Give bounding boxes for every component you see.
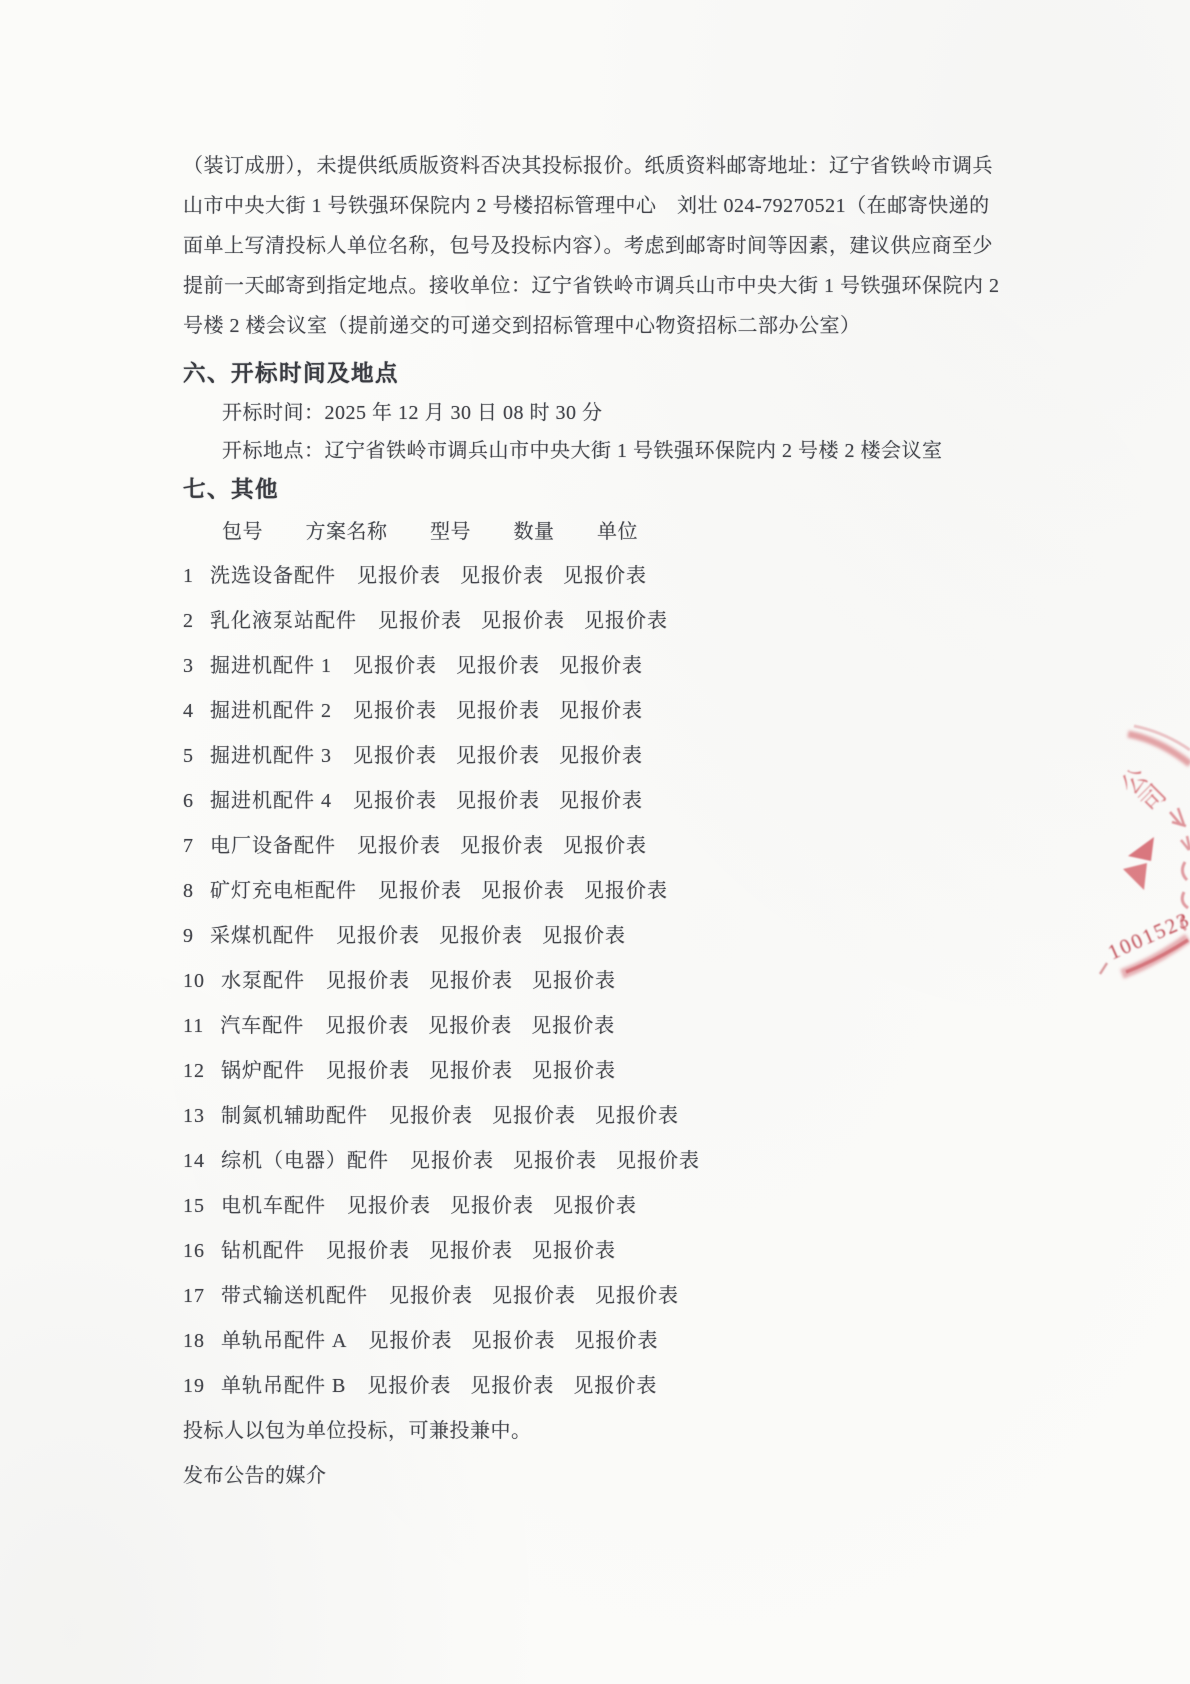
package-row: 5 掘进机配件 3 见报价表 见报价表 见报价表 <box>183 734 943 779</box>
package-row: 18 单轨吊配件 A 见报价表 见报价表 见报价表 <box>183 1319 943 1364</box>
package-cell: 见报价表 <box>584 869 668 914</box>
section-seven-heading: 七、其他 <box>183 470 943 510</box>
package-cell: 见报价表 <box>347 1184 431 1229</box>
package-row: 19 单轨吊配件 B 见报价表 见报价表 见报价表 <box>183 1364 943 1409</box>
package-row: 11 汽车配件 见报价表 见报价表 见报价表 <box>183 1004 943 1049</box>
package-cell: 见报价表 <box>595 1094 679 1139</box>
package-cell: 见报价表 <box>481 599 565 644</box>
package-row: 14 综机（电器）配件 见报价表 见报价表 见报价表 <box>183 1139 943 1184</box>
document-page: （装订成册），未提供纸质版资料否决其投标报价。纸质资料邮寄地址：辽宁省铁岭市调兵… <box>0 0 1190 1684</box>
package-cell: 见报价表 <box>532 959 616 1004</box>
package-name: 矿灯充电柜配件 <box>210 869 357 914</box>
package-cell: 见报价表 <box>357 554 441 599</box>
package-cell: 见报价表 <box>389 1094 473 1139</box>
package-number: 3 <box>183 644 194 689</box>
package-cell: 见报价表 <box>531 1004 615 1049</box>
package-name: 采煤机配件 <box>210 914 315 959</box>
package-cell: 见报价表 <box>428 1004 512 1049</box>
package-name: 汽车配件 <box>220 1004 304 1049</box>
package-cell: 见报价表 <box>563 824 647 869</box>
package-name: 掘进机配件 2 <box>210 689 332 734</box>
svg-text:1001523: 1001523 <box>1104 907 1190 965</box>
package-name: 洗选设备配件 <box>210 554 336 599</box>
package-name: 单轨吊配件 B <box>221 1364 346 1409</box>
package-cell: 见报价表 <box>492 1274 576 1319</box>
package-cell: 见报价表 <box>471 1319 555 1364</box>
package-name: 单轨吊配件 A <box>221 1319 347 1364</box>
package-row: 8 矿灯充电柜配件 见报价表 见报价表 见报价表 <box>183 869 943 914</box>
package-cell: 见报价表 <box>357 824 441 869</box>
package-row: 15 电机车配件 见报价表 见报价表 见报价表 <box>183 1184 943 1229</box>
package-cell: 见报价表 <box>513 1139 597 1184</box>
package-row: 16 钻机配件 见报价表 见报价表 见报价表 <box>183 1229 943 1274</box>
package-cell: 见报价表 <box>410 1139 494 1184</box>
package-name: 电厂设备配件 <box>210 824 336 869</box>
package-number: 19 <box>183 1364 205 1409</box>
package-name: 掘进机配件 4 <box>210 779 332 824</box>
seal-arc-text: 公 司 <box>1117 763 1190 930</box>
package-number: 9 <box>183 914 194 959</box>
package-cell: 见报价表 <box>492 1094 576 1139</box>
package-cell: 见报价表 <box>532 1049 616 1094</box>
package-number: 1 <box>183 554 194 599</box>
package-row: 4 掘进机配件 2 见报价表 见报价表 见报价表 <box>183 689 943 734</box>
package-cell: 见报价表 <box>378 599 462 644</box>
package-cell: 见报价表 <box>378 869 462 914</box>
package-number: 10 <box>183 959 205 1004</box>
package-row: 9 采煤机配件 见报价表 见报价表 见报价表 <box>183 914 943 959</box>
package-name: 掘进机配件 3 <box>210 734 332 779</box>
package-cell: 见报价表 <box>456 644 540 689</box>
package-cell: 见报价表 <box>563 554 647 599</box>
package-name: 乳化液泵站配件 <box>210 599 357 644</box>
package-cell: 见报价表 <box>429 1049 513 1094</box>
package-cell: 见报价表 <box>456 779 540 824</box>
package-cell: 见报价表 <box>460 824 544 869</box>
package-cell: 见报价表 <box>532 1229 616 1274</box>
package-cell: 见报价表 <box>616 1139 700 1184</box>
package-number: 15 <box>183 1184 205 1229</box>
package-cell: 见报价表 <box>389 1274 473 1319</box>
package-cell: 见报价表 <box>573 1364 657 1409</box>
package-cell: 见报价表 <box>456 689 540 734</box>
package-row: 6 掘进机配件 4 见报价表 见报价表 见报价表 <box>183 779 943 824</box>
package-name: 电机车配件 <box>221 1184 326 1229</box>
column-header-scheme-name: 方案名称 <box>306 510 388 554</box>
package-number: 12 <box>183 1049 205 1094</box>
package-number: 16 <box>183 1229 205 1274</box>
package-cell: 见报价表 <box>325 1004 409 1049</box>
intro-line: 号楼 2 楼会议室（提前递交的可递交到招标管理中心物资招标二部办公室） <box>183 306 943 346</box>
package-cell: 见报价表 <box>553 1184 637 1229</box>
intro-line: （装订成册），未提供纸质版资料否决其投标报价。纸质资料邮寄地址：辽宁省铁岭市调兵 <box>183 146 943 186</box>
package-cell: 见报价表 <box>429 1229 513 1274</box>
package-cell: 见报价表 <box>470 1364 554 1409</box>
package-number: 13 <box>183 1094 205 1139</box>
package-row: 7 电厂设备配件 见报价表 见报价表 见报价表 <box>183 824 943 869</box>
package-cell: 见报价表 <box>439 914 523 959</box>
column-header-package-no: 包号 <box>222 510 263 554</box>
column-header-quantity: 数量 <box>514 510 555 554</box>
package-number: 6 <box>183 779 194 824</box>
intro-line: 山市中央大街 1 号铁强环保院内 2 号楼招标管理中心 刘壮 024-79270… <box>183 186 943 226</box>
bidding-note: 投标人以包为单位投标，可兼投兼中。 <box>183 1409 943 1454</box>
column-header-unit: 单位 <box>597 510 638 554</box>
package-cell: 见报价表 <box>353 734 437 779</box>
package-number: 11 <box>183 1004 204 1049</box>
intro-line: 提前一天邮寄到指定地点。接收单位：辽宁省铁岭市调兵山市中央大街 1 号铁强环保院… <box>183 266 943 306</box>
package-cell: 见报价表 <box>559 644 643 689</box>
package-name: 带式输送机配件 <box>221 1274 368 1319</box>
bid-opening-place: 开标地点：辽宁省铁岭市调兵山市中央大街 1 号铁强环保院内 2 号楼 2 楼会议… <box>183 432 943 470</box>
column-header-model: 型号 <box>430 510 471 554</box>
package-number: 14 <box>183 1139 205 1184</box>
package-cell: 见报价表 <box>542 914 626 959</box>
package-number: 18 <box>183 1319 205 1364</box>
package-name: 掘进机配件 1 <box>210 644 332 689</box>
package-name: 锅炉配件 <box>221 1049 305 1094</box>
package-cell: 见报价表 <box>450 1184 534 1229</box>
package-name: 钻机配件 <box>221 1229 305 1274</box>
official-seal-stamp: 公 司 1001523 <box>1020 640 1190 1040</box>
package-cell: 见报价表 <box>353 689 437 734</box>
package-number: 5 <box>183 734 194 779</box>
package-cell: 见报价表 <box>353 644 437 689</box>
package-row: 17 带式输送机配件 见报价表 见报价表 见报价表 <box>183 1274 943 1319</box>
package-row: 10 水泵配件 见报价表 见报价表 见报价表 <box>183 959 943 1004</box>
package-row: 1 洗选设备配件 见报价表 见报价表 见报价表 <box>183 554 943 599</box>
seal-outer-ring-arc <box>1128 726 1190 764</box>
package-name: 综机（电器）配件 <box>221 1139 389 1184</box>
package-cell: 见报价表 <box>559 689 643 734</box>
package-row: 3 掘进机配件 1 见报价表 见报价表 见报价表 <box>183 644 943 689</box>
package-number: 8 <box>183 869 194 914</box>
package-cell: 见报价表 <box>595 1274 679 1319</box>
package-number: 4 <box>183 689 194 734</box>
package-row: 2 乳化液泵站配件 见报价表 见报价表 见报价表 <box>183 599 943 644</box>
package-cell: 见报价表 <box>336 914 420 959</box>
package-cell: 见报价表 <box>326 959 410 1004</box>
package-cell: 见报价表 <box>367 1364 451 1409</box>
package-cell: 见报价表 <box>584 599 668 644</box>
package-cell: 见报价表 <box>559 734 643 779</box>
document-body: （装订成册），未提供纸质版资料否决其投标报价。纸质资料邮寄地址：辽宁省铁岭市调兵… <box>183 146 943 1499</box>
package-row: 12 锅炉配件 见报价表 见报价表 见报价表 <box>183 1049 943 1094</box>
intro-line: 面单上写清投标人单位名称，包号及投标内容）。考虑到邮寄时间等因素，建议供应商至少 <box>183 226 943 266</box>
package-name: 水泵配件 <box>221 959 305 1004</box>
package-cell: 见报价表 <box>429 959 513 1004</box>
package-cell: 见报价表 <box>326 1049 410 1094</box>
package-number: 7 <box>183 824 194 869</box>
package-cell: 见报价表 <box>574 1319 658 1364</box>
package-number: 2 <box>183 599 194 644</box>
package-cell: 见报价表 <box>326 1229 410 1274</box>
announcement-media-label: 发布公告的媒介 <box>183 1454 943 1499</box>
package-number: 17 <box>183 1274 205 1319</box>
package-cell: 见报价表 <box>368 1319 452 1364</box>
package-cell: 见报价表 <box>460 554 544 599</box>
section-six-heading: 六、开标时间及地点 <box>183 354 943 394</box>
package-cell: 见报价表 <box>456 734 540 779</box>
package-name: 制氮机辅助配件 <box>221 1094 368 1139</box>
package-table-header: 包号 方案名称 型号 数量 单位 <box>183 510 943 554</box>
seal-star-fragment <box>1123 837 1154 890</box>
package-cell: 见报价表 <box>559 779 643 824</box>
package-cell: 见报价表 <box>353 779 437 824</box>
bid-opening-time: 开标时间：2025 年 12 月 30 日 08 时 30 分 <box>183 394 943 432</box>
package-list: 1 洗选设备配件 见报价表 见报价表 见报价表 2 乳化液泵站配件 见报价表 见… <box>183 554 943 1409</box>
package-cell: 见报价表 <box>481 869 565 914</box>
package-row: 13 制氮机辅助配件 见报价表 见报价表 见报价表 <box>183 1094 943 1139</box>
